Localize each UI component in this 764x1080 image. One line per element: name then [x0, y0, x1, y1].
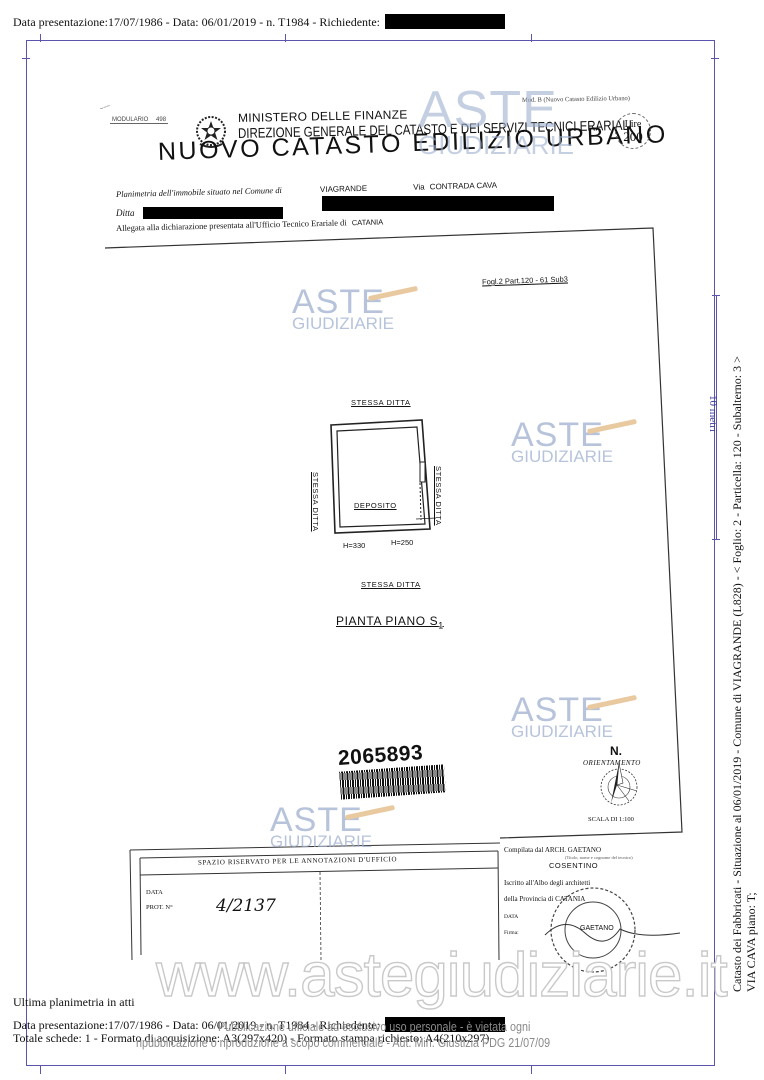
watermark-brand-bottom: GIUDIZIARIE — [511, 723, 613, 740]
compiled-by: Compilata dal ARCH. GAETANO — [504, 846, 601, 854]
scale-bar-label: 10 metri — [707, 395, 719, 432]
watermark-brand-bottom: GIUDIZIARIE — [418, 132, 574, 158]
neighbor-right-label: STESSA DITTA — [434, 466, 443, 526]
site-watermark: www.astegiudiziarie.it — [156, 940, 727, 1011]
last-plan-label: Ultima planimetria in atti — [13, 995, 135, 1010]
height-left-label: H=330 — [343, 541, 365, 550]
compiler-surname: COSENTINO — [549, 861, 598, 870]
drawing-frame — [0, 0, 764, 1080]
office-prot-label: PROT. N° — [146, 904, 173, 911]
watermark-logo: ASTE GIUDIZIARIE — [270, 803, 372, 850]
neighbor-left-label: STESSA DITTA — [311, 472, 320, 532]
floor-title: PIANTA PIANO S1 — [336, 614, 444, 630]
orientation-label: ORIENTAMENTO — [583, 759, 641, 767]
compass-icon — [601, 763, 637, 805]
compiler-registration: Iscritto all'Albo degli architetti — [504, 879, 590, 887]
room-label: DEPOSITO — [354, 501, 397, 510]
watermark-logo: ASTE GIUDIZIARIE — [418, 84, 574, 158]
watermark-logo: ASTE GIUDIZIARIE — [292, 285, 394, 332]
side-caption-line2: VIA CAVA piano: T; — [744, 892, 759, 992]
compiler-data-label: DATA — [504, 914, 518, 920]
publication-notice-line1: Pubblicazione ufficiale ad esclusivo uso… — [218, 1020, 530, 1034]
watermark-brand-bottom: GIUDIZIARIE — [511, 448, 613, 465]
floor-subscript: 1 — [438, 620, 444, 630]
scale-bar-tick — [712, 295, 720, 296]
scale-bar-tick — [712, 539, 720, 540]
north-label: N. — [610, 744, 622, 758]
watermark-logo: ASTE GIUDIZIARIE — [511, 418, 613, 465]
height-right-label: H=250 — [391, 538, 413, 547]
compiler-province: della Provincia di CATANIA — [504, 895, 585, 903]
side-caption-line1: Catasto dei Fabbricati - Situazione al 0… — [730, 356, 745, 992]
neighbor-bottom-label: STESSA DITTA — [361, 580, 421, 589]
watermark-logo: ASTE GIUDIZIARIE — [511, 693, 613, 740]
scale-label: SCALA DI 1:100 — [588, 816, 634, 823]
floor-title-text: PIANTA PIANO S — [336, 614, 438, 628]
watermark-brand-bottom: GIUDIZIARIE — [292, 315, 394, 332]
neighbor-top-label: STESSA DITTA — [351, 398, 411, 407]
watermark-brand-bottom: GIUDIZIARIE — [270, 833, 372, 850]
compiled-note: (Titolo, nome e cognome del tecnico) — [565, 855, 633, 860]
seal-name: GAETANO — [580, 925, 614, 932]
office-data-label: DATA — [146, 889, 163, 896]
compiler-firma-label: Firma: — [504, 930, 519, 936]
office-prot-value: 4/2137 — [216, 896, 276, 916]
watermark-brand-top: ASTE — [418, 84, 574, 136]
publication-notice-line2: ripubblicazione o riproduzione a scopo c… — [136, 1036, 550, 1050]
